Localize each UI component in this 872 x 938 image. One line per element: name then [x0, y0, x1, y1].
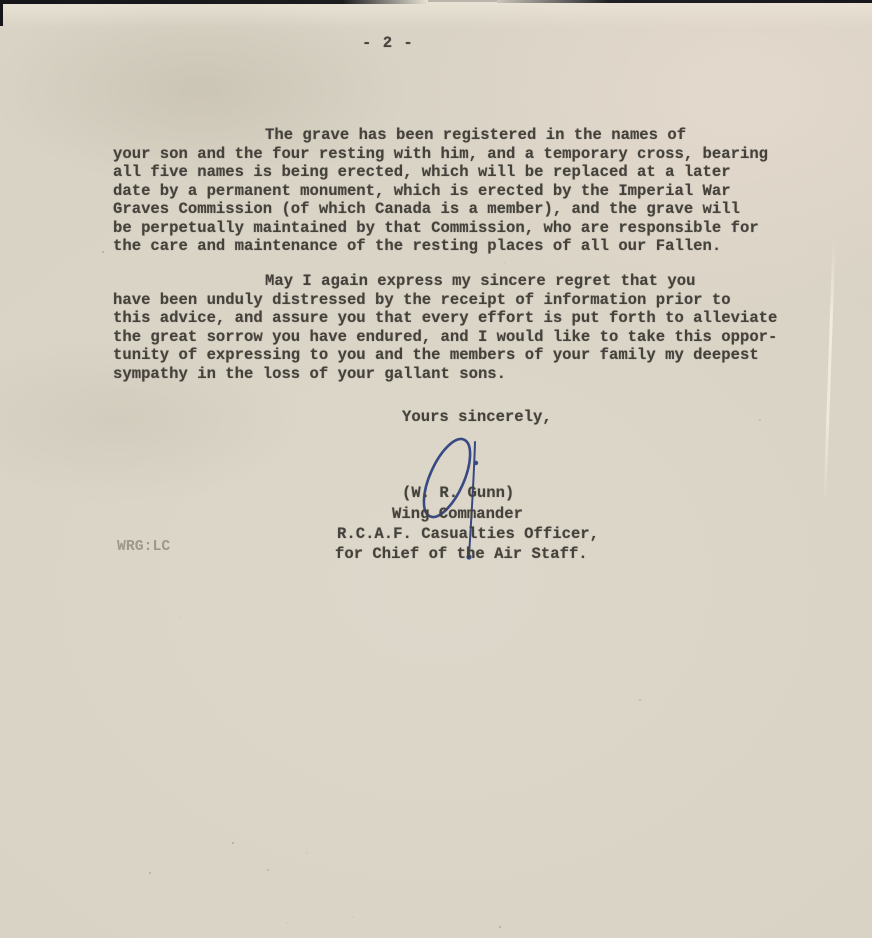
signature-for-line: for Chief of the Air Staff.	[335, 545, 588, 564]
signature-title: Wing Commander	[392, 505, 523, 524]
paragraph-2: May I again express my sincere regret th…	[113, 272, 803, 383]
text-line: date by a permanent monument, which is e…	[113, 182, 803, 201]
closing-salutation: Yours sincerely,	[402, 408, 552, 427]
text-line: The grave has been registered in the nam…	[113, 126, 803, 145]
signature-office: R.C.A.F. Casualties Officer,	[337, 525, 599, 544]
typist-initials: WRG:LC	[117, 538, 170, 557]
scanned-letter-page: - 2 - The grave has been registered in t…	[0, 0, 872, 938]
scan-edge-top-gap	[428, 0, 497, 2]
text-line: May I again express my sincere regret th…	[113, 272, 803, 291]
paragraph-1: The grave has been registered in the nam…	[113, 126, 803, 256]
text-line: this advice, and assure you that every e…	[113, 309, 803, 328]
scan-edge-top-left	[0, 0, 428, 4]
scan-edge-top-right	[497, 0, 872, 3]
signature-name: (W. R. Gunn)	[402, 484, 514, 503]
text-line: sympathy in the loss of your gallant son…	[113, 365, 803, 384]
text-line: be perpetually maintained by that Commis…	[113, 219, 803, 238]
text-line: have been unduly distressed by the recei…	[113, 291, 803, 310]
scan-edge-left-notch	[0, 0, 3, 26]
paper-crease	[823, 240, 835, 500]
page-number: - 2 -	[362, 34, 414, 53]
text-line: the great sorrow you have endured, and I…	[113, 328, 803, 347]
text-line: Graves Commission (of which Canada is a …	[113, 200, 803, 219]
text-line: your son and the four resting with him, …	[113, 145, 803, 164]
text-line: tunity of expressing to you and the memb…	[113, 346, 803, 365]
text-line: the care and maintenance of the resting …	[113, 237, 803, 256]
text-line: all five names is being erected, which w…	[113, 163, 803, 182]
signature-ink-dot	[474, 461, 478, 465]
